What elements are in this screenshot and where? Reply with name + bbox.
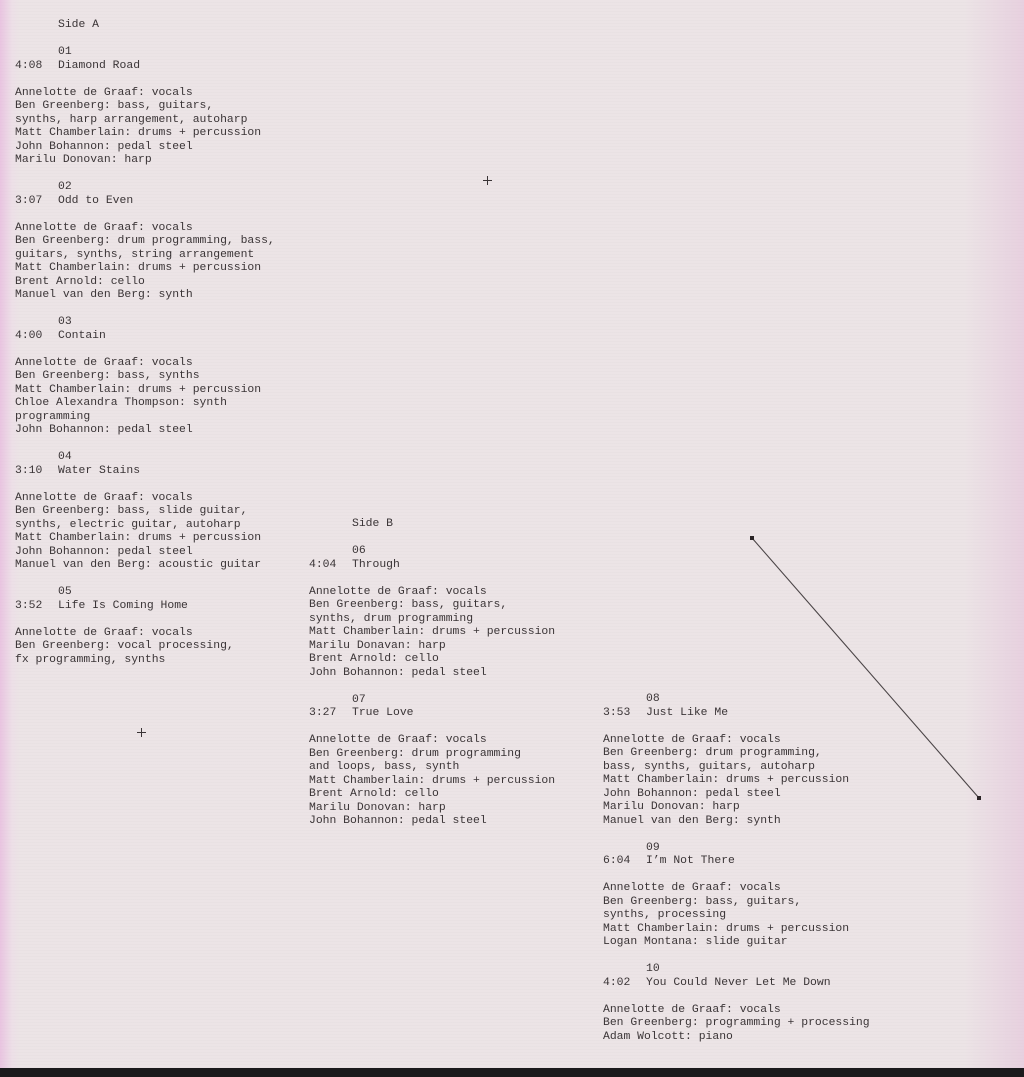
diagonal-line-decoration [0, 0, 1024, 1077]
